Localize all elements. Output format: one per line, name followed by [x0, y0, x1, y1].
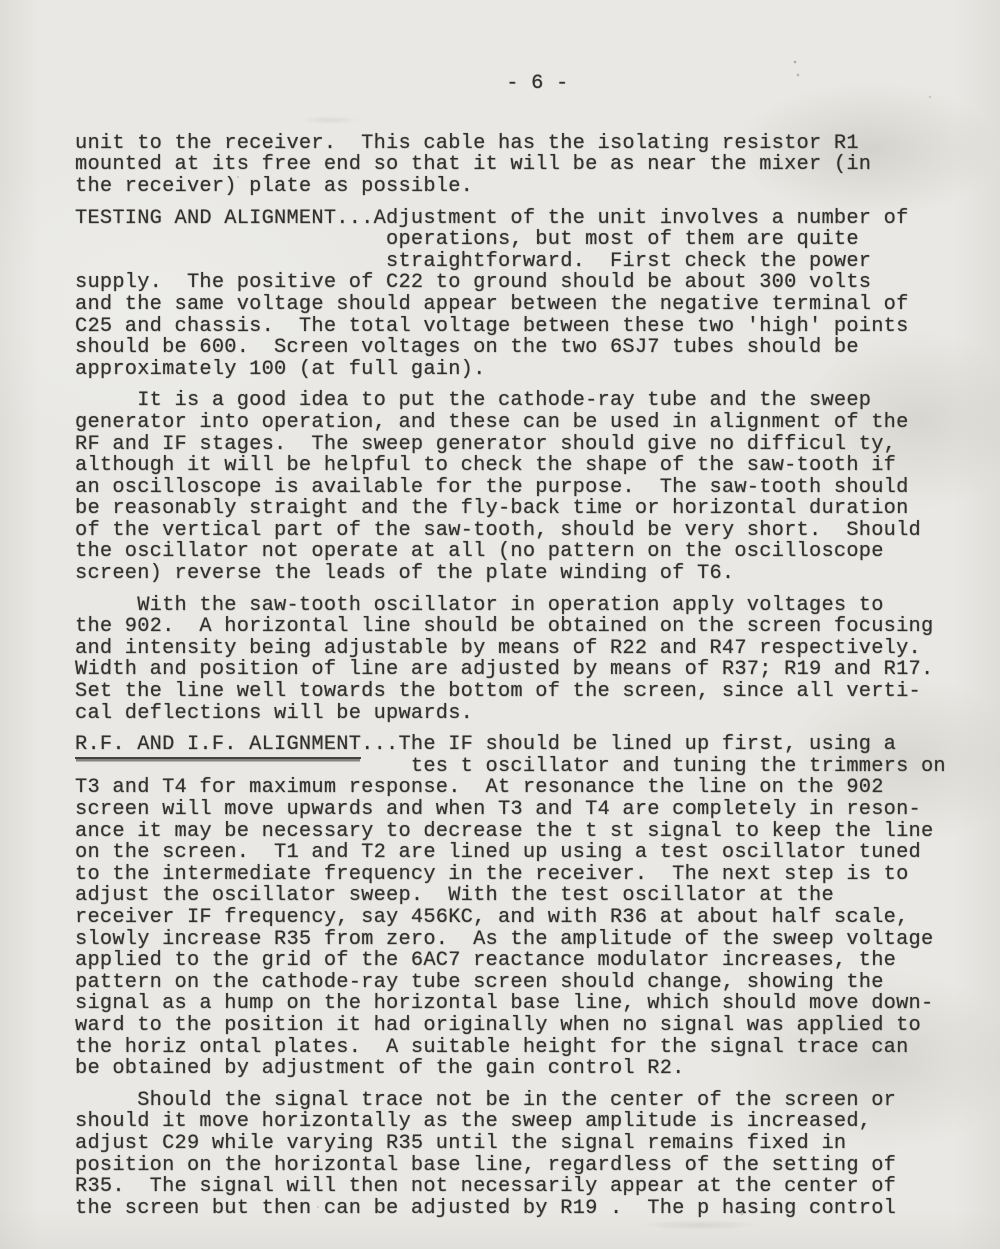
text-line: screen) reverse the leads of the plate w…: [75, 563, 970, 585]
text-line: It is a good idea to put the cathode-ray…: [75, 390, 970, 412]
text-line: signal as a hump on the horizontal base …: [75, 993, 970, 1015]
scanned-document-page: - 6 - unit to the receiver. This cable h…: [0, 0, 1000, 1249]
text-line: the receiver) plate as possible.: [75, 176, 970, 198]
text-line: tes t oscillator and tuning the trimmers…: [75, 756, 970, 778]
paragraph-signal-trace-centering: Should the signal trace not be in the ce…: [75, 1090, 970, 1220]
text-line: to the intermediate frequency in the rec…: [75, 864, 970, 886]
text-line: generator into operation, and these can …: [75, 412, 970, 434]
text-line: Set the line well towards the bottom of …: [75, 681, 970, 703]
text-line: position on the horizontal base line, re…: [75, 1155, 970, 1177]
text-line: and intensity being adjustable by means …: [75, 638, 970, 660]
text-line: although it will be helpful to check the…: [75, 455, 970, 477]
text-line: an oscilloscope is available for the pur…: [75, 477, 970, 499]
text-line: Should the signal trace not be in the ce…: [75, 1090, 970, 1112]
text-line: be obtained by adjustment of the gain co…: [75, 1058, 970, 1080]
text-line: RF and IF stages. The sweep generator sh…: [75, 434, 970, 456]
text-line: mounted at its free end so that it will …: [75, 154, 970, 176]
text-line: With the saw-tooth oscillator in operati…: [75, 595, 970, 617]
text-line: adjust C29 while varying R35 until the s…: [75, 1133, 970, 1155]
text-line: should be 600. Screen voltages on the tw…: [75, 337, 970, 359]
paragraph-sweep-generator: It is a good idea to put the cathode-ray…: [75, 390, 970, 584]
text-line: screen will move upwards and when T3 and…: [75, 799, 970, 821]
text-line: the 902. A horizontal line should be obt…: [75, 616, 970, 638]
text-line: operations, but most of them are quite: [75, 229, 970, 251]
text-line: the horiz ontal plates. A suitable heigh…: [75, 1037, 970, 1059]
text-line: receiver IF frequency, say 456KC, and wi…: [75, 907, 970, 929]
text-segment: ...The IF should be lined up first, usin…: [361, 733, 896, 756]
text-line: be reasonably straight and the fly-back …: [75, 498, 970, 520]
section-rf-and-if-alignment: R.F. AND I.F. ALIGNMENT...The IF should …: [75, 734, 970, 1080]
text-line: slowly increase R35 from zero. As the am…: [75, 929, 970, 951]
text-line: TESTING AND ALIGNMENT...Adjustment of th…: [75, 208, 970, 230]
text-line: unit to the receiver. This cable has the…: [75, 133, 970, 155]
text-line: applied to the grid of the 6AC7 reactanc…: [75, 950, 970, 972]
text-line: pattern on the cathode-ray tube screen s…: [75, 972, 970, 994]
page-number: - 6 -: [506, 72, 568, 95]
text-line: the screen but then can be adjusted by R…: [75, 1198, 970, 1220]
text-line: supply. The positive of C22 to ground sh…: [75, 272, 970, 294]
text-line: cal deflections will be upwards.: [75, 703, 970, 725]
text-line: on the screen. T1 and T2 are lined up us…: [75, 842, 970, 864]
text-line: straightforward. First check the power: [75, 251, 970, 273]
text-line: T3 and T4 for maximum response. At reson…: [75, 777, 970, 799]
text-line: R35. The signal will then not necessaril…: [75, 1176, 970, 1198]
text-line: approximately 100 (at full gain).: [75, 359, 970, 381]
text-line: of the vertical part of the saw-tooth, s…: [75, 520, 970, 542]
paragraph-intro: unit to the receiver. This cable has the…: [75, 133, 970, 198]
paragraph-saw-tooth-oscillator: With the saw-tooth oscillator in operati…: [75, 595, 970, 725]
text-line: the oscillator not operate at all (no pa…: [75, 541, 970, 563]
page-number-row: - 6 -: [0, 51, 1000, 116]
text-line: ance it may be necessary to decrease the…: [75, 821, 970, 843]
text-line: R.F. AND I.F. ALIGNMENT...The IF should …: [75, 734, 970, 756]
page-content: - 6 - unit to the receiver. This cable h…: [0, 0, 1000, 1229]
text-line: C25 and chassis. The total voltage betwe…: [75, 316, 970, 338]
section-testing-and-alignment: TESTING AND ALIGNMENT...Adjustment of th…: [75, 208, 970, 381]
text-line: should it move horizontally as the sweep…: [75, 1111, 970, 1133]
text-line: ward to the position it had originally w…: [75, 1015, 970, 1037]
text-line: Width and position of line are adjusted …: [75, 659, 970, 681]
text-line: and the same voltage should appear betwe…: [75, 294, 970, 316]
text-line: adjust the oscillator sweep. With the te…: [75, 885, 970, 907]
text-body: unit to the receiver. This cable has the…: [75, 133, 970, 1220]
